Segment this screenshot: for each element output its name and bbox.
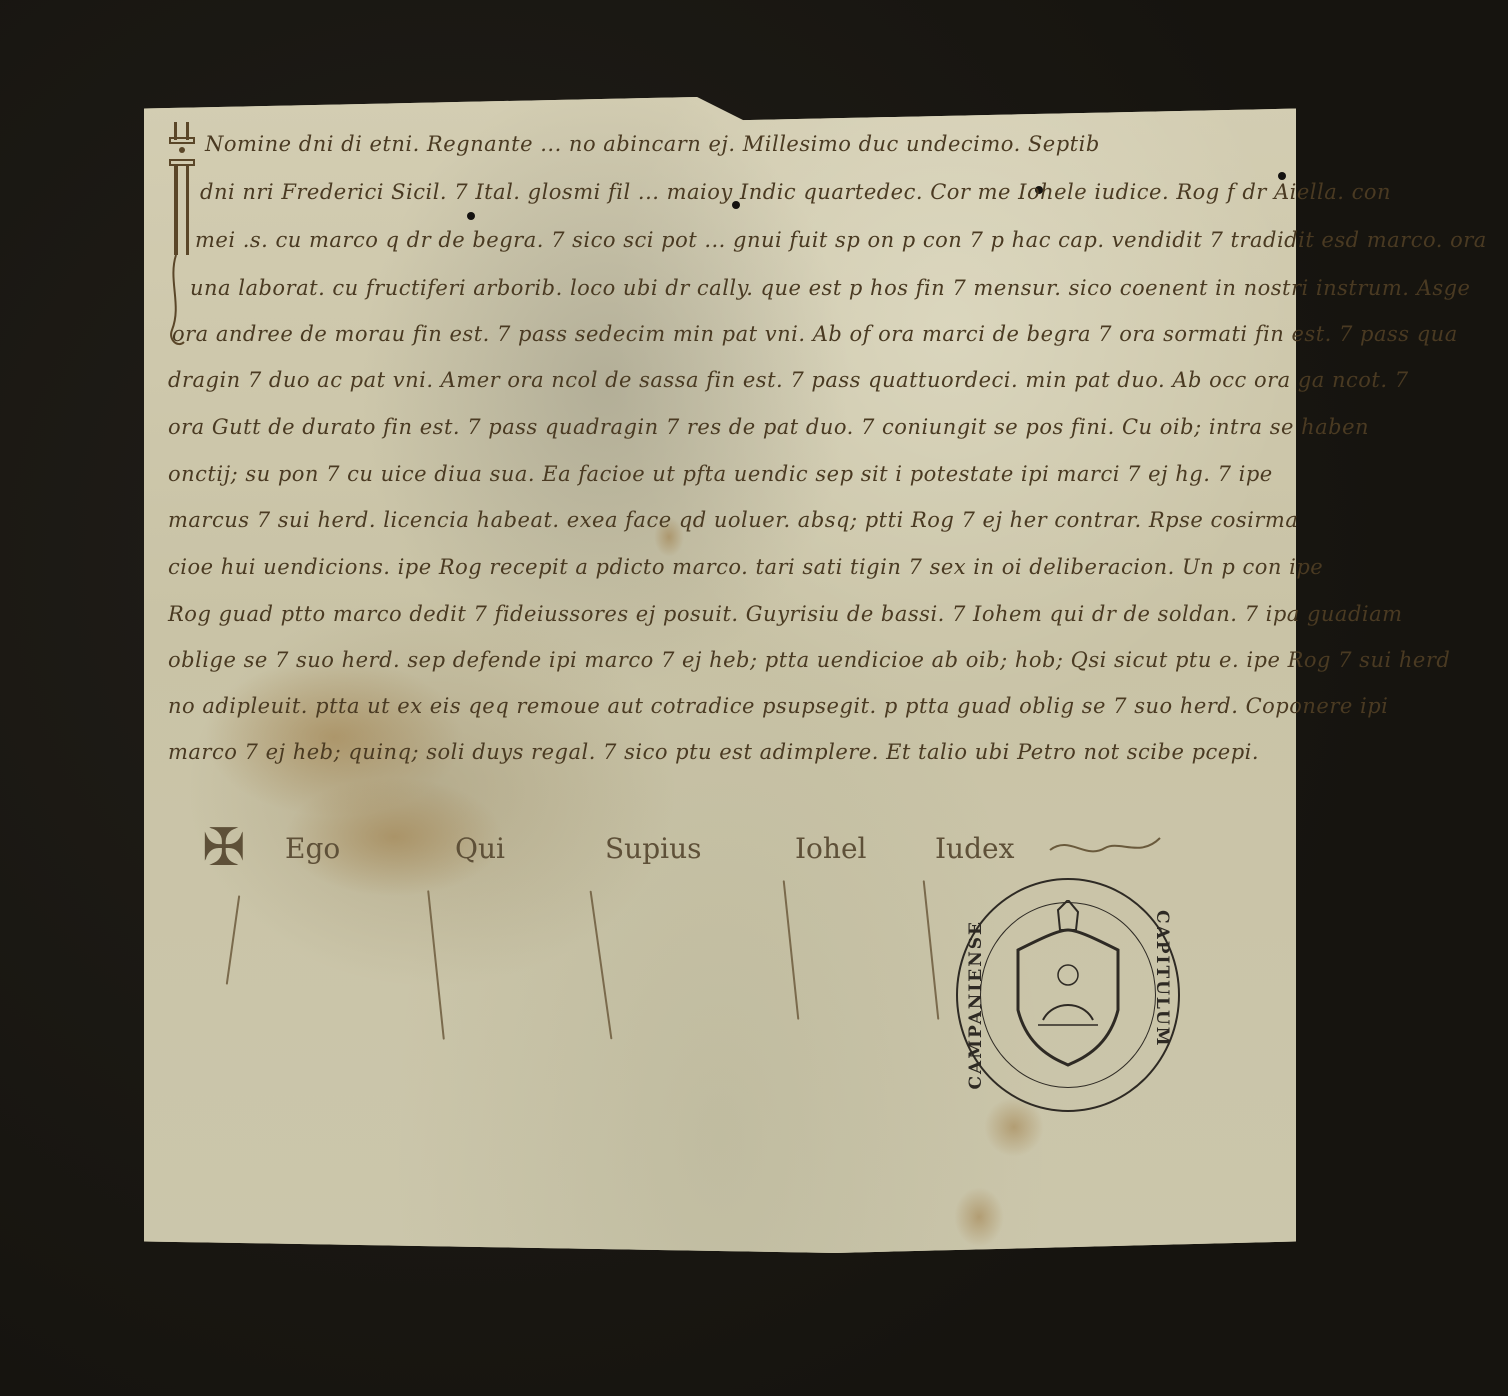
text-line: dragin 7 duo ac pat vni. Amer ora ncol d… bbox=[168, 368, 1409, 392]
text-line: mei .s. cu marco q dr de begra. 7 sico s… bbox=[195, 228, 1487, 252]
text-line: Rog guad ptto marco dedit 7 fideiussores… bbox=[168, 602, 1403, 626]
signature-cross: ✠ bbox=[202, 818, 246, 878]
signature-word: Qui bbox=[455, 832, 505, 865]
flourish-icon bbox=[1045, 830, 1165, 870]
hole bbox=[1278, 172, 1286, 180]
mitre-shield-icon bbox=[998, 900, 1138, 1080]
hole bbox=[467, 212, 475, 220]
seal-text-right: CAPITULUM bbox=[1152, 910, 1172, 1048]
text-line: Nomine dni di etni. Regnante ... no abin… bbox=[205, 132, 1100, 156]
decorated-initial-icon bbox=[168, 120, 198, 350]
text-line: ora andree de morau fin est. 7 pass sede… bbox=[172, 322, 1458, 346]
text-line: no adipleuit. ptta ut ex eis qeq remoue … bbox=[168, 694, 1388, 718]
signature-word: Iudex bbox=[935, 832, 1014, 865]
water-stain bbox=[954, 1187, 1004, 1247]
text-line: dni nri Frederici Sicil. 7 Ital. glosmi … bbox=[200, 180, 1391, 204]
signature-word: Iohel bbox=[795, 832, 866, 865]
signature-word: Supius bbox=[605, 832, 702, 865]
signature-word: Ego bbox=[285, 832, 340, 865]
text-line: marco 7 ej heb; quinq; soli duys regal. … bbox=[168, 740, 1259, 764]
text-line: onctij; su pon 7 cu uice diua sua. Ea fa… bbox=[168, 462, 1273, 486]
text-line: oblige se 7 suo herd. sep defende ipi ma… bbox=[168, 648, 1450, 672]
text-line: una laborat. cu fructiferi arborib. loco… bbox=[190, 276, 1470, 300]
text-line: ora Gutt de durato fin est. 7 pass quadr… bbox=[168, 415, 1369, 439]
text-line: cioe hui uendicions. ipe Rog recepit a p… bbox=[168, 555, 1323, 579]
seal-text-left: CAMPANIENSE bbox=[966, 920, 986, 1090]
text-line: marcus 7 sui herd. licencia habeat. exea… bbox=[168, 508, 1298, 532]
chapter-seal: CAMPANIENSE CAPITULUM bbox=[956, 878, 1180, 1112]
